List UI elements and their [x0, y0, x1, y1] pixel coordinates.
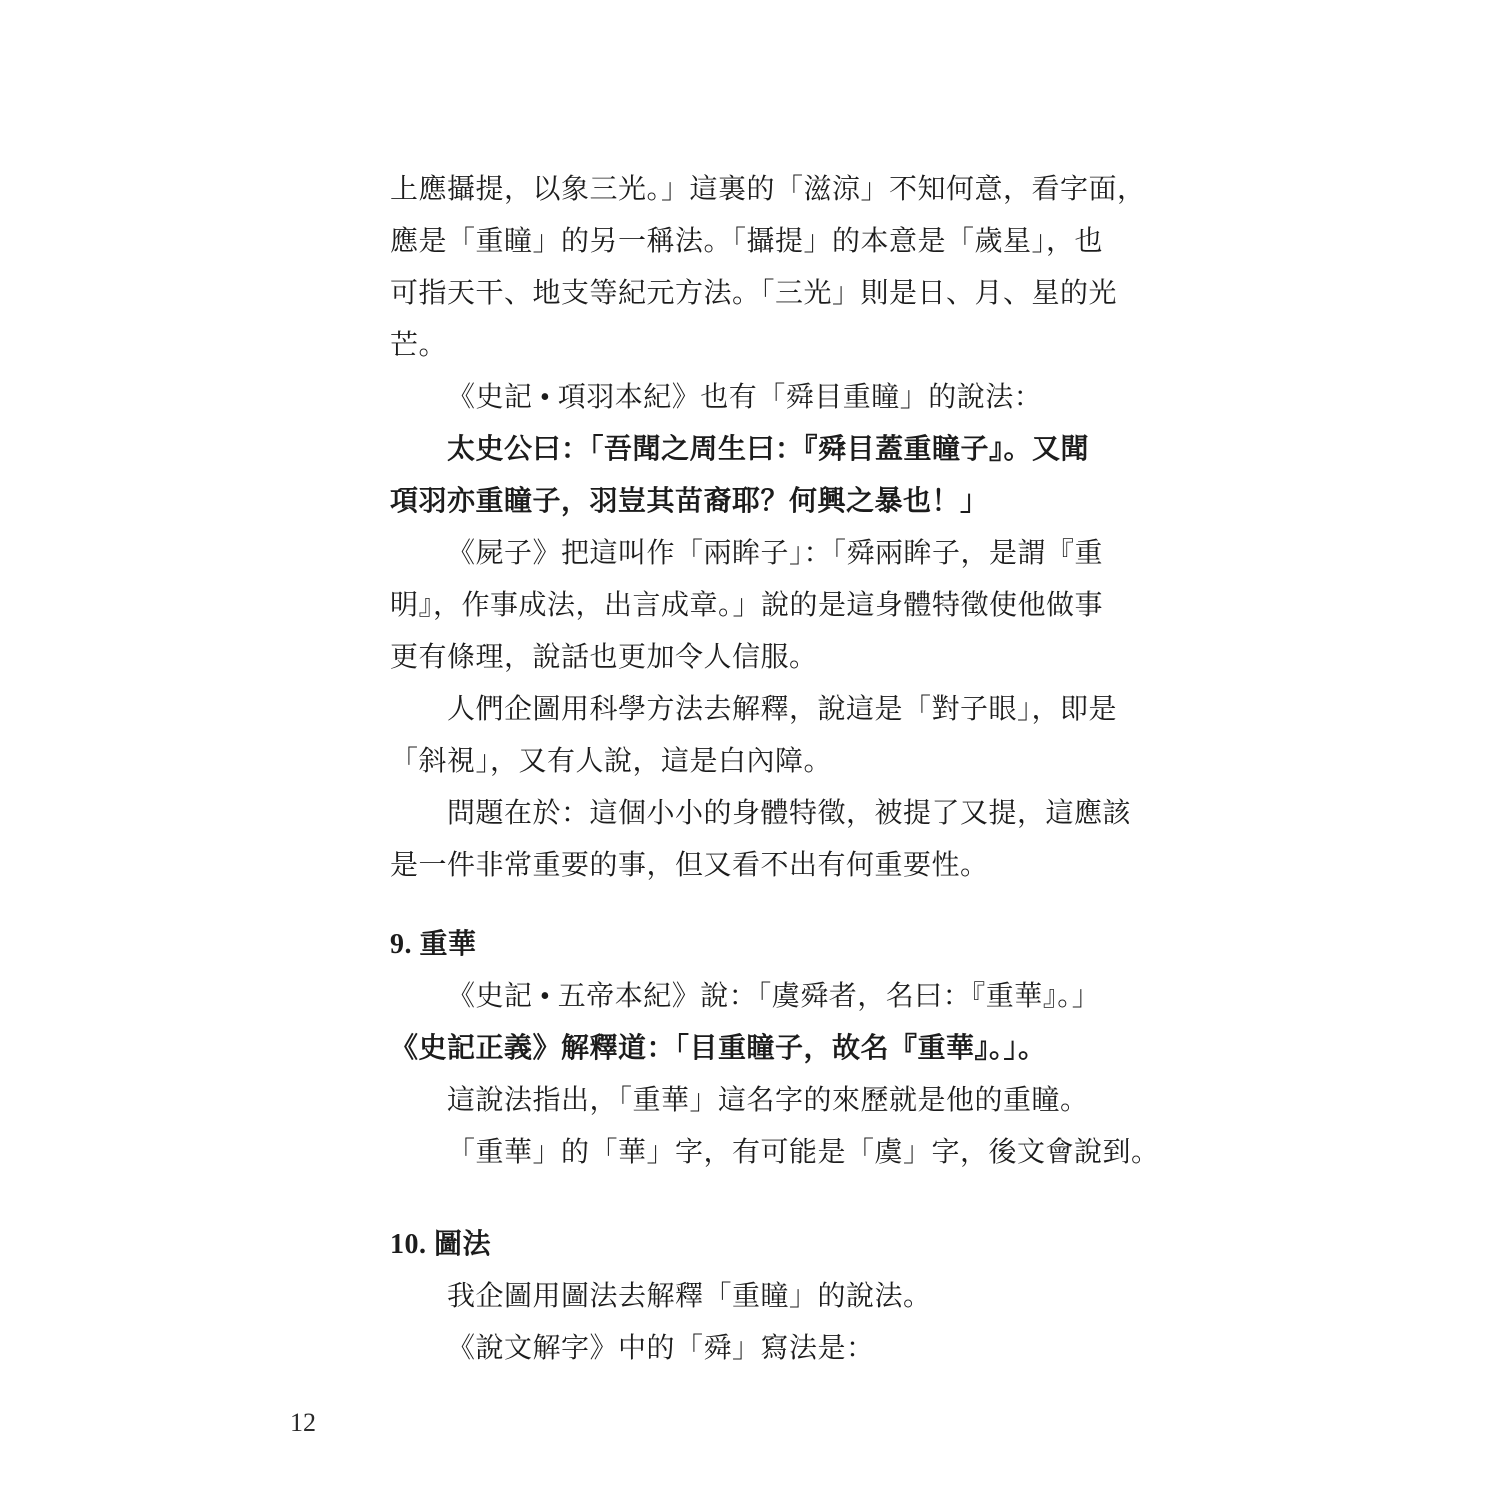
text-line: 上應攝提，以象三光。」這裏的「滋涼」不知何意，看字面， [390, 164, 1150, 216]
text-line: 是一件非常重要的事，但又看不出有何重要性。 [390, 840, 1150, 892]
page-number: 12 [290, 1406, 316, 1440]
text-line: 明』，作事成法，出言成章。」說的是這身體特徵使他做事 [390, 580, 1150, 632]
text-line: 《史記正義》解釋道：「目重瞳子，故名『重華』。」。 [390, 1023, 1150, 1075]
section-heading: 10. 圖法 [390, 1219, 1150, 1271]
text-line: 問題在於：這個小小的身體特徵，被提了又提，這應該 [390, 788, 1150, 840]
text-line: 芒。 [390, 320, 1150, 372]
text-line: 可指天干、地支等紀元方法。「三光」則是日、月、星的光 [390, 268, 1150, 320]
text-line: 太史公曰：「吾聞之周生曰：『舜目蓋重瞳子』。又聞 [390, 424, 1150, 476]
section-heading: 9. 重華 [390, 919, 1150, 971]
book-page: 上應攝提，以象三光。」這裏的「滋涼」不知何意，看字面，應是「重瞳」的另一稱法。「… [0, 0, 1500, 1500]
text-line: 我企圖用圖法去解釋「重瞳」的說法。 [390, 1271, 1150, 1323]
text-line: 《說文解字》中的「舜」寫法是： [390, 1323, 1150, 1375]
text-line: 這說法指出，「重華」這名字的來歷就是他的重瞳。 [390, 1075, 1150, 1127]
text-line: 《屍子》把這叫作「兩眸子」：「舜兩眸子，是謂『重 [390, 528, 1150, 580]
text-line: 人們企圖用科學方法去解釋，說這是「對子眼」，即是 [390, 684, 1150, 736]
text-line: 《史記 • 五帝本紀》說：「虞舜者，名曰：『重華』。」 [390, 971, 1150, 1023]
text-line: 《史記 • 項羽本紀》也有「舜目重瞳」的說法： [390, 372, 1150, 424]
page-text: 上應攝提，以象三光。」這裏的「滋涼」不知何意，看字面，應是「重瞳」的另一稱法。「… [390, 164, 1150, 1375]
text-line: 「重華」的「華」字，有可能是「虞」字，後文會說到。 [390, 1127, 1150, 1179]
text-line: 更有條理，說話也更加令人信服。 [390, 632, 1150, 684]
text-line: 「斜視」，又有人說，這是白內障。 [390, 736, 1150, 788]
text-line: 應是「重瞳」的另一稱法。「攝提」的本意是「歲星」，也 [390, 216, 1150, 268]
text-line: 項羽亦重瞳子，羽豈其苗裔耶？何興之暴也！」 [390, 476, 1150, 528]
